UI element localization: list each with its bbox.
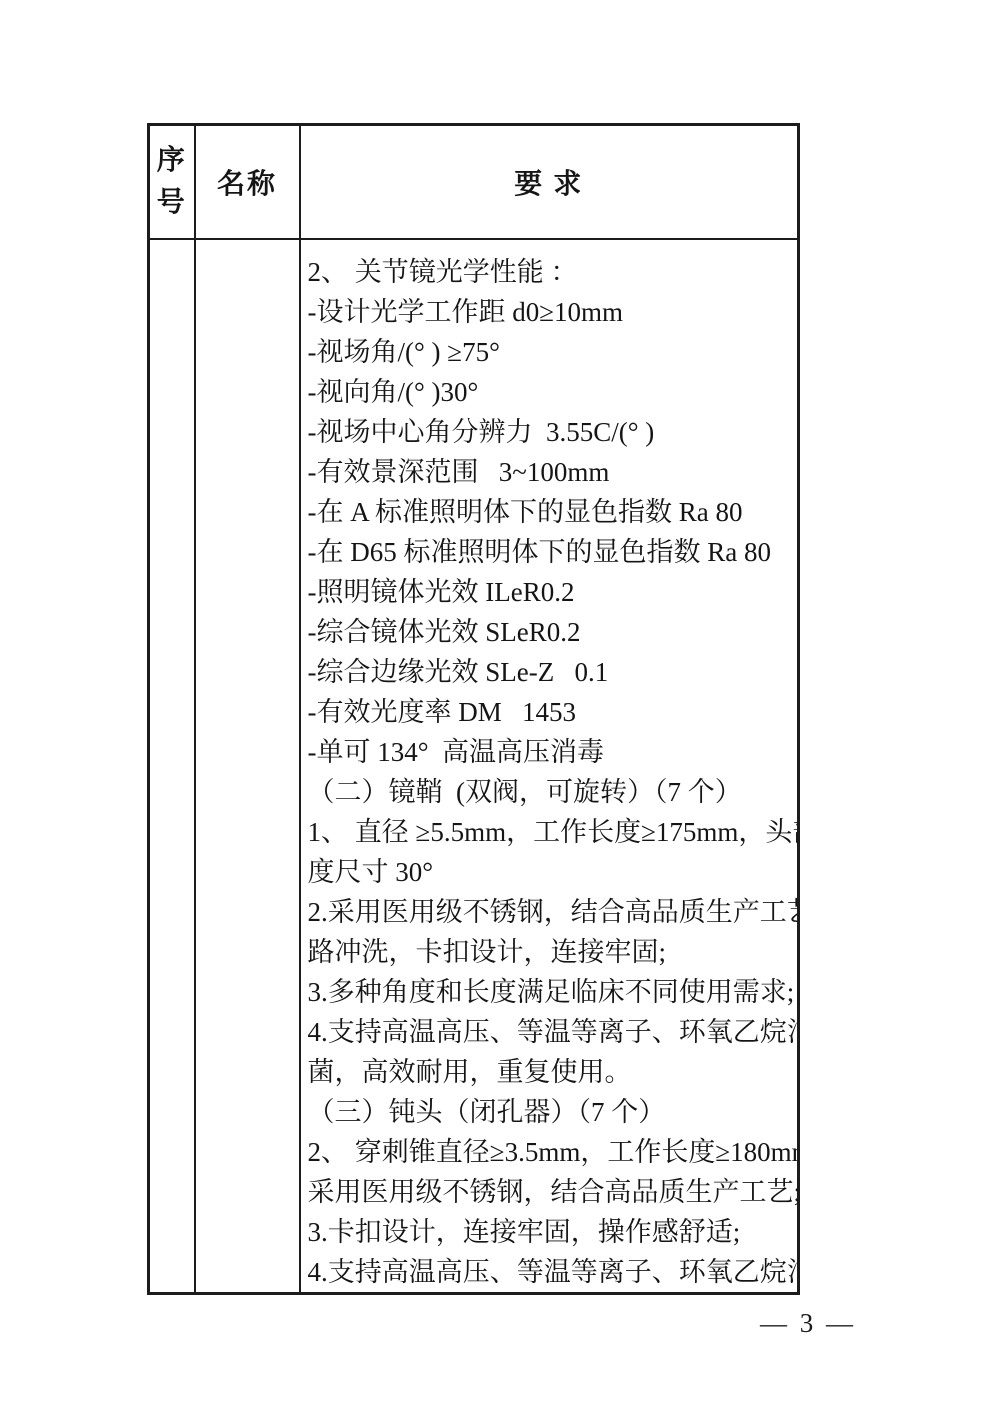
- requirement-line: （二）镜鞘 (双阀，可旋转）（7 个）: [308, 772, 794, 812]
- requirement-line: 4.支持高温高压、等温等离子、环氧乙烷消毒灭: [308, 1012, 794, 1052]
- requirement-line: -综合边缘光效 SLe-Z 0.1: [308, 652, 794, 692]
- requirement-lines-container: 2、 关节镜光学性能 ：-设计光学工作距 d0≥10mm-视场角/(° ) ≥7…: [301, 240, 798, 1292]
- header-requirement: 要 求: [300, 125, 799, 239]
- cell-name: [195, 239, 300, 1294]
- requirement-line: 2、 穿刺锥直径≥3.5mm，工作长度≥180mm ，: [308, 1132, 794, 1172]
- cell-serial-number: [149, 239, 195, 1294]
- requirement-line: 1、 直径 ≥5.5mm，工作长度≥175mm，头部角: [308, 812, 794, 852]
- table-header-row: 序 号 名称 要 求: [149, 125, 799, 239]
- table-body-row: 2、 关节镜光学性能 ：-设计光学工作距 d0≥10mm-视场角/(° ) ≥7…: [149, 239, 799, 1294]
- requirement-line: -视向角/(° )30°: [308, 372, 794, 412]
- spec-table: 序 号 名称 要 求 2、 关节镜光学性能 ：-设计光学工作距 d0≥10mm-…: [147, 123, 800, 1295]
- requirement-line: -在 D65 标准照明体下的显色指数 Ra 80: [308, 532, 794, 572]
- requirement-line: -设计光学工作距 d0≥10mm: [308, 292, 794, 332]
- requirement-line: 度尺寸 30°: [308, 852, 794, 892]
- header-name: 名称: [195, 125, 300, 239]
- requirement-line: -综合镜体光效 SLeR0.2: [308, 612, 794, 652]
- requirement-line: -单可 134° 高温高压消毒: [308, 732, 794, 772]
- requirement-line: 采用医用级不锈钢，结合高品质生产工艺;: [308, 1172, 794, 1212]
- requirement-line: 2、 关节镜光学性能 ：: [308, 252, 794, 292]
- requirement-line: 3.卡扣设计，连接牢固，操作感舒适;: [308, 1212, 794, 1252]
- requirement-line: 4.支持高温高压、等温等离子、环氧乙烷消毒灭: [308, 1252, 794, 1292]
- document-page: 序 号 名称 要 求 2、 关节镜光学性能 ：-设计光学工作距 d0≥10mm-…: [0, 0, 1000, 1410]
- requirement-line: -视场中心角分辨力 3.55C/(° ): [308, 412, 794, 452]
- header-serial-char-bottom: 号: [157, 189, 187, 217]
- requirement-line: -有效光度率 DM 1453: [308, 692, 794, 732]
- requirement-line: 2.采用医用级不锈钢，结合高品质生产工艺，双: [308, 892, 794, 932]
- requirement-line: 菌，高效耐用，重复使用。: [308, 1052, 794, 1092]
- requirement-line: -有效景深范围 3~100mm: [308, 452, 794, 492]
- header-serial-number-stacked: 序 号: [150, 129, 194, 235]
- cell-requirement: 2、 关节镜光学性能 ：-设计光学工作距 d0≥10mm-视场角/(° ) ≥7…: [300, 239, 799, 1294]
- header-serial-char-top: 序: [157, 147, 187, 175]
- requirement-line: （三）钝头（闭孔器）（7 个）: [308, 1092, 794, 1132]
- requirement-line: -视场角/(° ) ≥75°: [308, 332, 794, 372]
- requirement-line: 3.多种角度和长度满足临床不同使用需求;: [308, 972, 794, 1012]
- requirement-line: -在 A 标准照明体下的显色指数 Ra 80: [308, 492, 794, 532]
- requirement-line: 路冲洗，卡扣设计，连接牢固;: [308, 932, 794, 972]
- page-number: — 3 —: [758, 1308, 858, 1339]
- header-serial-number: 序 号: [149, 125, 195, 239]
- requirement-line: -照明镜体光效 ILeR0.2: [308, 572, 794, 612]
